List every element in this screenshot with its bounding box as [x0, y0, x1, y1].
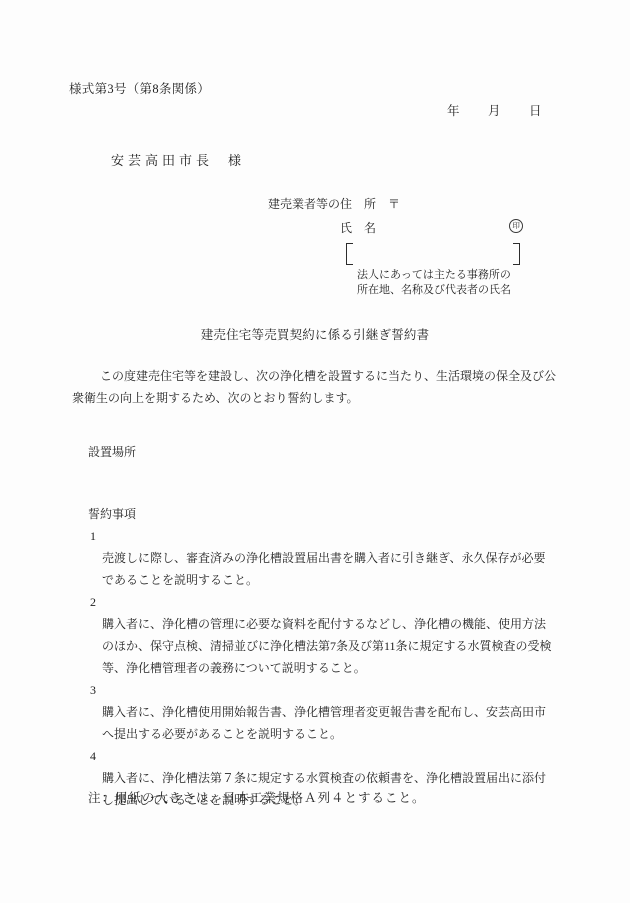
bracket-left [346, 243, 353, 265]
pledge-item-1-text: 売渡しに際し、審査済みの浄化槽設置届出書を購入者に引き継ぎ、永久保存が必要 であ… [102, 551, 546, 587]
addressee-name: 安芸高田市長 [111, 153, 213, 168]
document-title: 建売住宅等売買契約に係る引継ぎ誓約書 [0, 325, 630, 343]
corporate-note: 法人にあっては主たる事務所の 所在地、名称及び代表者の氏名 [357, 268, 511, 298]
bracket-right [513, 243, 520, 265]
seller-address-label: 建売業者等の住 所 〒 [268, 195, 400, 212]
paper-size-note: 注：用紙の大きさは、日本工業規格Ａ列４とすること。 [88, 788, 426, 806]
pledge-item-2-number: 2 [90, 591, 96, 613]
pledge-item-3-text: 購入者に、浄化槽使用開始報告書、浄化槽管理者変更報告書を配布し、安芸高田市 へ提… [102, 705, 546, 741]
pledge-items-header: 誓約事項 [88, 505, 136, 522]
installation-site-label: 設置場所 [88, 443, 136, 460]
pledge-list: 1売渡しに際し、審査済みの浄化槽設置届出書を購入者に引き継ぎ、永久保存が必要 で… [72, 525, 572, 811]
date-line: 年 月 日 [447, 101, 550, 119]
corporate-note-line1: 法人にあっては主たる事務所の [357, 268, 511, 283]
pledge-item-2-text: 購入者に、浄化槽の管理に必要な資料を配付するなどし、浄化槽の機能、使用方法 のほ… [102, 617, 552, 675]
pledge-item-4-number: 4 [90, 745, 96, 767]
pledge-item-2: 2購入者に、浄化槽の管理に必要な資料を配付するなどし、浄化槽の機能、使用方法 の… [72, 591, 572, 679]
seller-name-label: 氏 名 [340, 219, 376, 236]
addressee-honorific: 様 [228, 153, 241, 168]
pledge-item-3: 3購入者に、浄化槽使用開始報告書、浄化槽管理者変更報告書を配布し、安芸高田市 へ… [72, 679, 572, 745]
form-number: 様式第3号（第8条関係） [69, 79, 210, 97]
seal-text: 印 [512, 222, 520, 230]
seal-icon: 印 [509, 219, 523, 233]
pledge-item-3-number: 3 [90, 679, 96, 701]
intro-paragraph: この度建売住宅等を建設し、次の浄化槽を設置するに当たり、生活環境の保全及び公 衆… [72, 366, 568, 409]
pledge-item-1-number: 1 [90, 525, 96, 547]
document-page: 様式第3号（第8条関係） 年 月 日 安芸高田市長様 建売業者等の住 所 〒 氏… [0, 0, 630, 903]
addressee-line: 安芸高田市長様 [111, 150, 241, 169]
corporate-note-line2: 所在地、名称及び代表者の氏名 [357, 283, 511, 298]
pledge-item-1: 1売渡しに際し、審査済みの浄化槽設置届出書を購入者に引き継ぎ、永久保存が必要 で… [72, 525, 572, 591]
